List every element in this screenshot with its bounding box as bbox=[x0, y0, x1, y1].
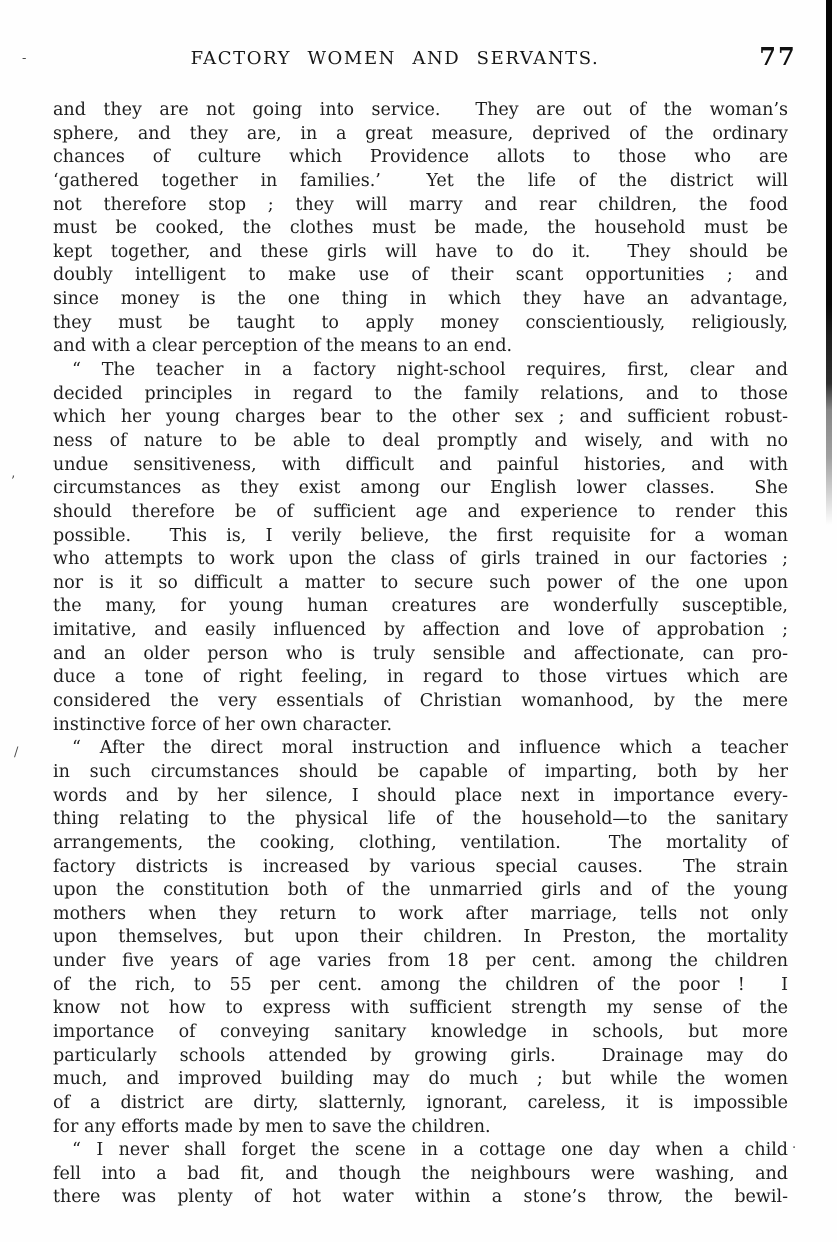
text-line: “ After the direct moral instruction and… bbox=[53, 737, 788, 761]
text-line: since money is the one thing in which th… bbox=[53, 288, 788, 312]
text-line: and they are not going into service. The… bbox=[53, 99, 788, 123]
scan-artifact: ’ bbox=[11, 475, 15, 488]
text-line: ‘gathered together in families.’ Yet the… bbox=[53, 170, 788, 194]
text-line: chances of culture which Providence allo… bbox=[53, 146, 788, 170]
text-line: thing relating to the physical life of t… bbox=[53, 808, 788, 832]
text-line: of the rich, to 55 per cent. among the c… bbox=[53, 974, 788, 998]
text-block: and they are not going into service. The… bbox=[53, 99, 788, 1210]
text-line: should therefore be of sufficient age an… bbox=[53, 501, 788, 525]
scanned-book-page: FACTORY WOMEN AND SERVANTS. 77 and they … bbox=[0, 0, 837, 1242]
text-line: and with a clear perception of the means… bbox=[53, 335, 788, 359]
paragraph: and they are not going into service. The… bbox=[53, 99, 788, 359]
text-line: “ The teacher in a factory night-school … bbox=[53, 359, 788, 383]
text-line: and an older person who is truly sensibl… bbox=[53, 643, 788, 667]
text-line: decided principles in regard to the fami… bbox=[53, 383, 788, 407]
text-line: possible. This is, I verily believe, the… bbox=[53, 525, 788, 549]
text-line: of a district are dirty, slatternly, ign… bbox=[53, 1092, 788, 1116]
text-line: doubly intelligent to make use of their … bbox=[53, 264, 788, 288]
text-line: arrangements, the cooking, clothing, ven… bbox=[53, 832, 788, 856]
text-line: “ I never shall forget the scene in a co… bbox=[53, 1139, 788, 1163]
text-line: the many, for young human creatures are … bbox=[53, 595, 788, 619]
scan-edge-artifact bbox=[826, 0, 832, 525]
text-line: must be cooked, the clothes must be made… bbox=[53, 217, 788, 241]
text-line: nor is it so difficult a matter to secur… bbox=[53, 572, 788, 596]
text-line: ness of nature to be able to deal prompt… bbox=[53, 430, 788, 454]
text-line: factory districts is increased by variou… bbox=[53, 856, 788, 880]
text-line: considered the very essentials of Christ… bbox=[53, 690, 788, 714]
paragraph: “ After the direct moral instruction and… bbox=[53, 737, 788, 1139]
text-line: who attempts to work upon the class of g… bbox=[53, 548, 788, 572]
text-line: importance of conveying sanitary knowled… bbox=[53, 1021, 788, 1045]
text-line: circumstances as they exist among our En… bbox=[53, 477, 788, 501]
text-line: kept together, and these girls will have… bbox=[53, 241, 788, 265]
scan-artifact: / bbox=[14, 746, 18, 759]
text-line: which her young charges bear to the othe… bbox=[53, 406, 788, 430]
text-line: know not how to express with sufficient … bbox=[53, 997, 788, 1021]
running-header-title: FACTORY WOMEN AND SERVANTS. bbox=[53, 48, 737, 69]
text-line: upon the constitution both of the unmarr… bbox=[53, 879, 788, 903]
text-line: particularly schools attended by growing… bbox=[53, 1045, 788, 1069]
text-line: under five years of age varies from 18 p… bbox=[53, 950, 788, 974]
text-line: not therefore stop ; they will marry and… bbox=[53, 194, 788, 218]
text-line: undue sensitiveness, with difficult and … bbox=[53, 454, 788, 478]
text-line: fell into a bad fit, and though the neig… bbox=[53, 1163, 788, 1187]
scan-artifact: - bbox=[22, 52, 26, 65]
text-line: in such circumstances should be capable … bbox=[53, 761, 788, 785]
page-number: 77 bbox=[748, 42, 808, 71]
text-line: duce a tone of right feeling, in regard … bbox=[53, 666, 788, 690]
text-line: much, and improved building may do much … bbox=[53, 1068, 788, 1092]
paragraph: “ The teacher in a factory night-school … bbox=[53, 359, 788, 737]
text-line: upon themselves, but upon their children… bbox=[53, 926, 788, 950]
text-line: words and by her silence, I should place… bbox=[53, 785, 788, 809]
text-line: instinctive force of her own character. bbox=[53, 714, 788, 738]
text-line: imitative, and easily influenced by affe… bbox=[53, 619, 788, 643]
text-line: there was plenty of hot water within a s… bbox=[53, 1186, 788, 1210]
text-line: sphere, and they are, in a great measure… bbox=[53, 123, 788, 147]
scan-artifact: . bbox=[792, 1138, 796, 1151]
paragraph: “ I never shall forget the scene in a co… bbox=[53, 1139, 788, 1210]
text-line: for any efforts made by men to save the … bbox=[53, 1116, 788, 1140]
text-line: they must be taught to apply money consc… bbox=[53, 312, 788, 336]
text-line: mothers when they return to work after m… bbox=[53, 903, 788, 927]
